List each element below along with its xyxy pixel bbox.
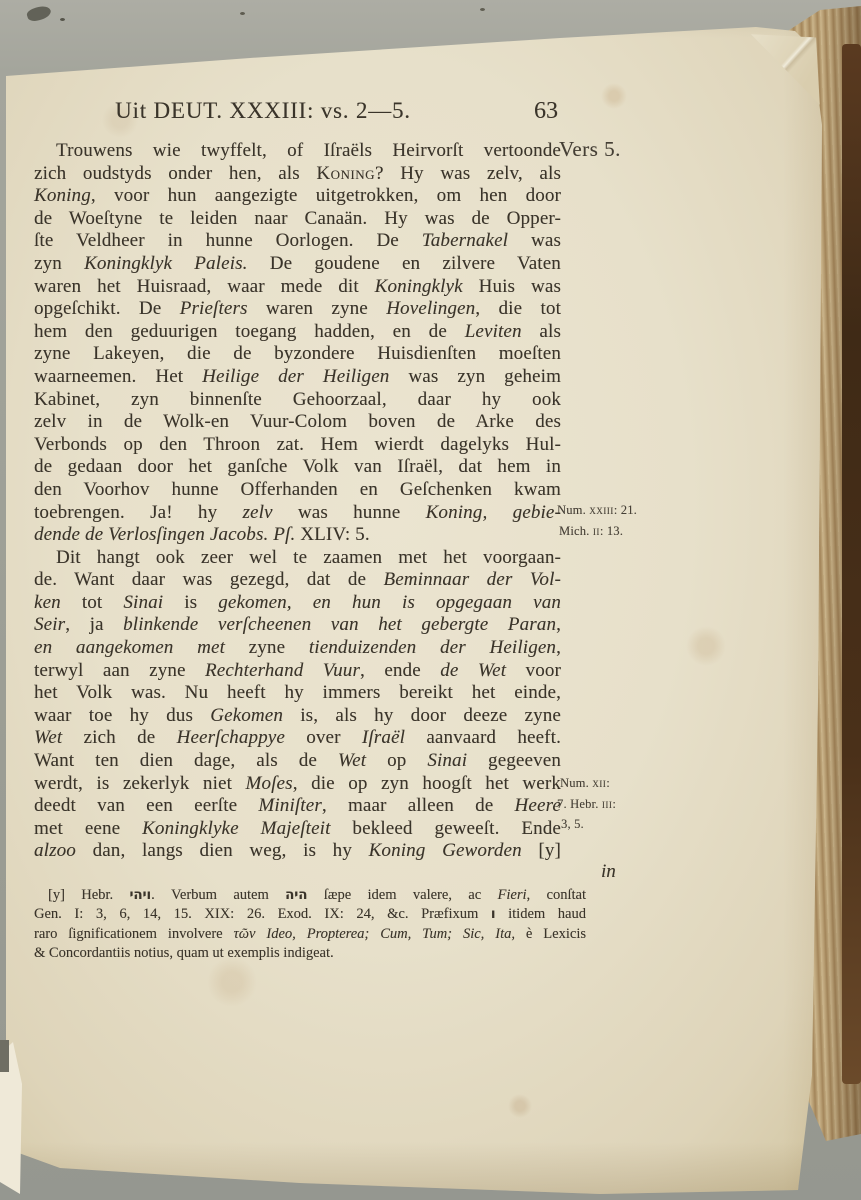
text-line: Seir, ja blinkende verſcheenen van het g…: [34, 614, 561, 637]
text-segment: 3, 5.: [561, 817, 584, 831]
footnote-text: [y] Hebr. ויהי. Verbum autem היה ſæpe id…: [34, 886, 586, 964]
text-segment: , ende: [360, 660, 440, 681]
text-segment: De goudene en zilvere Vaten: [248, 253, 561, 274]
text-segment: Mich.: [559, 524, 593, 538]
text-line: Wet zich de Heerſchappye over Iſraël aan…: [34, 727, 561, 750]
margin-note-hebr: 7. Hebr. iii:: [557, 797, 616, 812]
hebrew-word: ויהי: [129, 888, 151, 903]
text-line: Koning, voor hun aangezigte uitgetrokken…: [34, 185, 561, 208]
page-number: 63: [534, 98, 558, 125]
text-segment: waarneemen. Het: [34, 366, 202, 387]
text-segment: tot: [61, 592, 124, 613]
text-segment: zyne Lakeyen, die de byzondere Huisdienſ…: [34, 343, 561, 364]
text-segment: het Volk was. Nu heeft hy immers bereikt…: [34, 682, 561, 703]
text-line: opgeſchikt. De Prieſters waren zyne Hove…: [34, 298, 561, 321]
text-line: de. Want daar was gezegd, dat de Beminna…: [34, 569, 561, 592]
italic-text: τῶν Ideo, Propterea; Cum, Tum; Sic, Ita,: [234, 926, 515, 942]
italic-text: Sinai: [123, 592, 163, 613]
italic-text: Koning Geworden: [369, 840, 522, 861]
text-segment: , ja: [65, 614, 123, 635]
italic-text: gekomen, en hun is opgegaan van: [218, 592, 561, 613]
text-line: en aangekomen met zyne tienduizenden der…: [34, 637, 561, 660]
text-segment: , conſtat: [527, 887, 586, 903]
text-line: het Volk was. Nu heeft hy immers bereikt…: [34, 682, 561, 705]
italic-text: alzoo: [34, 840, 76, 861]
text-segment: zich oudstyds onder hen, als: [34, 163, 316, 184]
italic-text: Fieri: [498, 887, 527, 903]
text-line: Verbonds op den Throon zat. Hem wierdt d…: [34, 434, 561, 457]
text-line: Trouwens wie twyffelt, of Iſraëls Heirvo…: [34, 140, 561, 163]
text-segment: ,: [556, 637, 561, 658]
text-segment: :: [612, 797, 616, 811]
catchword: in: [601, 861, 616, 883]
italic-text: ken: [34, 592, 61, 613]
text-segment: Huis was: [463, 276, 561, 297]
italic-text: Koningklyke Majeſteit: [142, 818, 330, 839]
text-line: raro ſignificationem involvere τῶν Ideo,…: [34, 925, 586, 944]
text-segment: Num.: [560, 776, 592, 790]
printed-content: Uit DEUT. XXXIII: vs. 2—5. 63 Vers 5. Nu…: [0, 0, 861, 1200]
text-segment: XLIV: 5.: [295, 524, 369, 545]
text-segment: was hunne: [273, 502, 426, 523]
text-line: waarneemen. Het Heilige der Heiligen was…: [34, 366, 561, 389]
italic-text: Wet: [34, 727, 62, 748]
text-line: & Concordantiis notius, quam ut exemplis…: [34, 944, 586, 963]
text-segment: ,: [556, 614, 561, 635]
text-segment: è Lexicis: [515, 926, 586, 942]
italic-text: Tabernakel: [422, 230, 508, 251]
text-line: werdt, is zekerlyk niet Moſes, die op zy…: [34, 773, 561, 796]
text-segment: & Concordantiis notius, quam ut exemplis…: [34, 945, 334, 961]
text-line: den Voorhov hunne Offerhanden en Geſchen…: [34, 479, 561, 502]
photo-background: Uit DEUT. XXXIII: vs. 2—5. 63 Vers 5. Nu…: [0, 0, 861, 1200]
text-line: hem den geduurigen toegang hadden, en de…: [34, 321, 561, 344]
text-segment: hem den geduurigen toegang hadden, en de: [34, 321, 465, 342]
italic-text: de Wet: [440, 660, 506, 681]
text-segment: voor: [506, 660, 561, 681]
text-segment: Kabinet, zyn binnenſte Gehoorzaal, daar …: [34, 389, 561, 410]
italic-text: Seir: [34, 614, 65, 635]
text-line: de gedaan door het ganſche Volk van Iſra…: [34, 456, 561, 479]
italic-text: zelv: [243, 502, 273, 523]
text-segment: Num.: [557, 503, 589, 517]
text-segment: op: [366, 750, 427, 771]
text-segment: bekleed geweeſt. Ende: [331, 818, 561, 839]
text-segment: zyn: [34, 253, 84, 274]
text-line: dende de Verlosſingen Jacobs. Pſ. XLIV: …: [34, 524, 561, 547]
text-segment: Trouwens wie twyffelt, of Iſraëls Heirvo…: [56, 140, 561, 161]
text-line: waar toe hy dus Gekomen is, als hy door …: [34, 705, 561, 728]
italic-text: blinkende verſcheenen van het gebergte P…: [123, 614, 556, 635]
italic-text: Moſes: [246, 773, 293, 794]
italic-text: Heerſchappye: [177, 727, 285, 748]
text-segment: was zyn geheim: [389, 366, 561, 387]
text-segment: Dit hangt ook zeer wel te zaamen met het…: [56, 547, 561, 568]
text-line: Dit hangt ook zeer wel te zaamen met het…: [34, 547, 561, 570]
text-segment: is, als hy door deeze zyne: [283, 705, 561, 726]
body-text: Trouwens wie twyffelt, of Iſraëls Heirvo…: [34, 140, 561, 863]
text-segment: Verbonds op den Throon zat. Hem wierdt d…: [34, 434, 561, 455]
italic-text: en aangekomen met: [34, 637, 225, 658]
text-line: zyne Lakeyen, die de byzondere Huisdienſ…: [34, 343, 561, 366]
text-segment: zich de: [62, 727, 176, 748]
text-segment: xii: [592, 776, 606, 790]
text-line: zyn Koningklyk Paleis. De goudene en zil…: [34, 253, 561, 276]
text-line: alzoo dan, langs dien weg, is hy Koning …: [34, 840, 561, 863]
text-segment: :: [606, 776, 610, 790]
text-segment: de Woeſtyne te leiden naar Canaän. Hy wa…: [34, 208, 561, 229]
text-segment: Gen. I: 3, 6, 14, 15. XIX: 26. Exod. IX:…: [34, 906, 491, 922]
italic-text: Koningklyk: [375, 276, 463, 297]
italic-text: Iſraël: [362, 727, 405, 748]
text-segment: opgeſchikt. De: [34, 298, 180, 319]
text-line: waren het Huisraad, waar mede dit Koning…: [34, 276, 561, 299]
text-line: ſte Veldheer in hunne Oorlogen. De Taber…: [34, 230, 561, 253]
text-segment: 7. Hebr.: [557, 797, 602, 811]
italic-text: dende de Verlosſingen Jacobs. Pſ.: [34, 524, 295, 545]
text-segment: ii: [593, 524, 600, 538]
italic-text: Rechterhand Vuur: [205, 660, 360, 681]
text-segment: zelv in de Wolk-en Vuur-Colom boven de A…: [34, 411, 561, 432]
italic-text: Miniſter: [258, 795, 321, 816]
text-segment: xxiii: [589, 503, 614, 517]
text-segment: . Verbum autem: [151, 887, 285, 903]
italic-text: Koningklyk Paleis.: [84, 253, 248, 274]
text-line: toebrengen. Ja! hy zelv was hunne Koning…: [34, 502, 561, 525]
margin-note-mich: Mich. ii: 13.: [559, 524, 623, 539]
text-segment: iii: [602, 797, 613, 811]
text-line: deedt van een eerſte Miniſter, maar alle…: [34, 795, 561, 818]
text-line: terwyl aan zyne Rechterhand Vuur, ende d…: [34, 660, 561, 683]
text-segment: toebrengen. Ja! hy: [34, 502, 243, 523]
italic-text: Heere: [515, 795, 561, 816]
text-segment: over: [285, 727, 362, 748]
text-line: zelv in de Wolk-en Vuur-Colom boven de A…: [34, 411, 561, 434]
text-segment: was: [508, 230, 561, 251]
italic-text: Sinai: [427, 750, 467, 771]
italic-text: Hovelingen: [386, 298, 475, 319]
margin-note-hebr-verses: 3, 5.: [561, 817, 584, 832]
italic-text: Heilige der Heiligen: [202, 366, 389, 387]
italic-text: Gekomen: [210, 705, 283, 726]
text-segment: met eene: [34, 818, 142, 839]
text-segment: waren zyne: [248, 298, 387, 319]
margin-note-num-xxiii: Num. xxiii: 21.: [557, 503, 637, 518]
hebrew-word: היה: [285, 888, 307, 903]
text-segment: , die op zyn hoogſt het werk: [293, 773, 561, 794]
italic-text: Koning, gebie-: [426, 502, 561, 523]
text-segment: deedt van een eerſte: [34, 795, 258, 816]
text-segment: waar toe hy dus: [34, 705, 210, 726]
text-segment: , maar alleen de: [322, 795, 515, 816]
italic-text: Beminnaar der Vol-: [383, 569, 561, 590]
text-line: met eene Koningklyke Majeſteit bekleed g…: [34, 818, 561, 841]
text-segment: ſte Veldheer in hunne Oorlogen. De: [34, 230, 422, 251]
margin-note-num-xii: Num. xii:: [560, 776, 610, 791]
text-line: [y] Hebr. ויהי. Verbum autem היה ſæpe id…: [34, 886, 586, 905]
running-title: Uit DEUT. XXXIII: vs. 2—5.: [36, 98, 490, 124]
text-line: de Woeſtyne te leiden naar Canaän. Hy wa…: [34, 208, 561, 231]
text-segment: als: [522, 321, 561, 342]
text-segment: aanvaard heeft.: [405, 727, 561, 748]
text-segment: waren het Huisraad, waar mede dit: [34, 276, 375, 297]
text-segment: ? Hy was zelv, als: [375, 163, 561, 184]
text-segment: Koning: [316, 163, 375, 184]
text-segment: itidem haud: [496, 906, 587, 922]
text-line: Gen. I: 3, 6, 14, 15. XIX: 26. Exod. IX:…: [34, 905, 586, 924]
text-segment: : 13.: [600, 524, 623, 538]
margin-note-vers: Vers 5.: [559, 137, 621, 162]
text-segment: , die tot: [475, 298, 561, 319]
text-line: zich oudstyds onder hen, als Koning? Hy …: [34, 163, 561, 186]
text-segment: dan, langs dien weg, is hy: [76, 840, 369, 861]
text-segment: Vers 5.: [559, 137, 621, 161]
italic-text: Leviten: [465, 321, 522, 342]
italic-text: tienduizenden der Heiligen: [309, 637, 556, 658]
text-segment: , voor hun aangezigte uitgetrokken, om h…: [91, 185, 561, 206]
text-segment: den Voorhov hunne Offerhanden en Geſchen…: [34, 479, 561, 500]
page-header: Uit DEUT. XXXIII: vs. 2—5. 63: [36, 98, 560, 132]
text-segment: : 21.: [614, 503, 637, 517]
text-line: Kabinet, zyn binnenſte Gehoorzaal, daar …: [34, 389, 561, 412]
italic-text: Koning: [34, 185, 91, 206]
text-segment: ſæpe idem valere, ac: [307, 887, 497, 903]
italic-text: Wet: [338, 750, 366, 771]
text-segment: terwyl aan zyne: [34, 660, 205, 681]
text-segment: Want ten dien dage, als de: [34, 750, 338, 771]
text-segment: werdt, is zekerlyk niet: [34, 773, 246, 794]
text-segment: de gedaan door het ganſche Volk van Iſra…: [34, 456, 561, 477]
text-line: Want ten dien dage, als de Wet op Sinai …: [34, 750, 561, 773]
italic-text: Prieſters: [180, 298, 248, 319]
text-segment: is: [163, 592, 218, 613]
text-segment: [y]: [522, 840, 561, 861]
text-segment: [y] Hebr.: [48, 887, 129, 903]
text-line: ken tot Sinai is gekomen, en hun is opge…: [34, 592, 561, 615]
text-segment: zyne: [225, 637, 309, 658]
text-segment: gegeeven: [467, 750, 561, 771]
text-segment: raro ſignificationem involvere: [34, 926, 234, 942]
text-segment: de. Want daar was gezegd, dat de: [34, 569, 383, 590]
